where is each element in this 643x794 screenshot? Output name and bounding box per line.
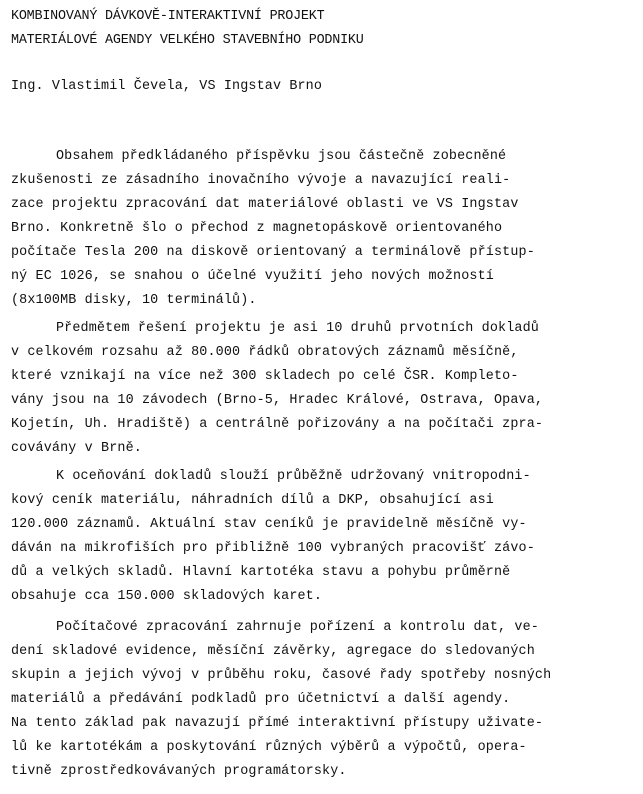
paragraph-line: Předmětem řešení projektu je asi 10 druh… (56, 321, 539, 337)
paragraph-line: obsahuje cca 150.000 skladových karet. (11, 589, 322, 605)
paragraph-line: tivně zprostředkovávaných programátorsky… (11, 764, 347, 780)
paragraph-line: dáván na mikrofiších pro přibližně 100 v… (11, 541, 535, 557)
typewritten-page: KOMBINOVANÝ DÁVKOVĚ-INTERAKTIVNÍ PROJEKT… (0, 0, 643, 794)
paragraph-line: K oceňování dokladů slouží průběžně udrž… (56, 469, 531, 485)
paragraph-line: které vznikají na více než 300 skladech … (11, 369, 519, 385)
paragraph-line: Počítačové zpracování zahrnuje pořízení … (56, 620, 539, 636)
paragraph-line: Brno. Konkretně šlo o přechod z magnetop… (11, 221, 502, 237)
paragraph-line: Kojetín, Uh. Hradiště) a centrálně pořiz… (11, 417, 543, 433)
paragraph-line: 120.000 záznamů. Aktuální stav ceníků je… (11, 517, 527, 533)
paragraph-line: skupin a jejich vývoj v průběhu roku, ča… (11, 668, 551, 684)
document-title-line-2: MATERIÁLOVÉ AGENDY VELKÉHO STAVEBNÍHO PO… (11, 33, 364, 49)
document-title-line-1: KOMBINOVANÝ DÁVKOVĚ-INTERAKTIVNÍ PROJEKT (11, 9, 324, 25)
paragraph-line: zace projektu zpracování dat materiálové… (11, 197, 519, 213)
paragraph-line: počítače Tesla 200 na diskově orientovan… (11, 245, 535, 261)
paragraph-line: dů a velkých skladů. Hlavní kartotéka st… (11, 565, 510, 581)
paragraph-line: lů ke kartotékám a poskytování různých v… (11, 740, 527, 756)
paragraph-line: ný EC 1026, se snahou o účelné využití j… (11, 269, 494, 285)
paragraph-line: kový ceník materiálu, náhradních dílů a … (11, 493, 494, 509)
author-line: Ing. Vlastimil Čevela, VS Ingstav Brno (11, 79, 322, 95)
paragraph-line: vány jsou na 10 závodech (Brno-5, Hradec… (11, 393, 543, 409)
paragraph-line: (8x100MB disky, 10 terminálů). (11, 293, 257, 309)
paragraph-line: materiálů a předávání podkladů pro účetn… (11, 692, 510, 708)
paragraph-line: v celkovém rozsahu až 80.000 řádků obrat… (11, 345, 519, 361)
paragraph-line: covávány v Brně. (11, 441, 142, 457)
paragraph-line: zkušenosti ze zásadního inovačního vývoj… (11, 173, 510, 189)
paragraph-line: dení skladové evidence, měsíční závěrky,… (11, 644, 535, 660)
paragraph-line: Obsahem předkládaného příspěvku jsou čás… (56, 149, 506, 165)
paragraph-line: Na tento základ pak navazují přímé inter… (11, 716, 543, 732)
